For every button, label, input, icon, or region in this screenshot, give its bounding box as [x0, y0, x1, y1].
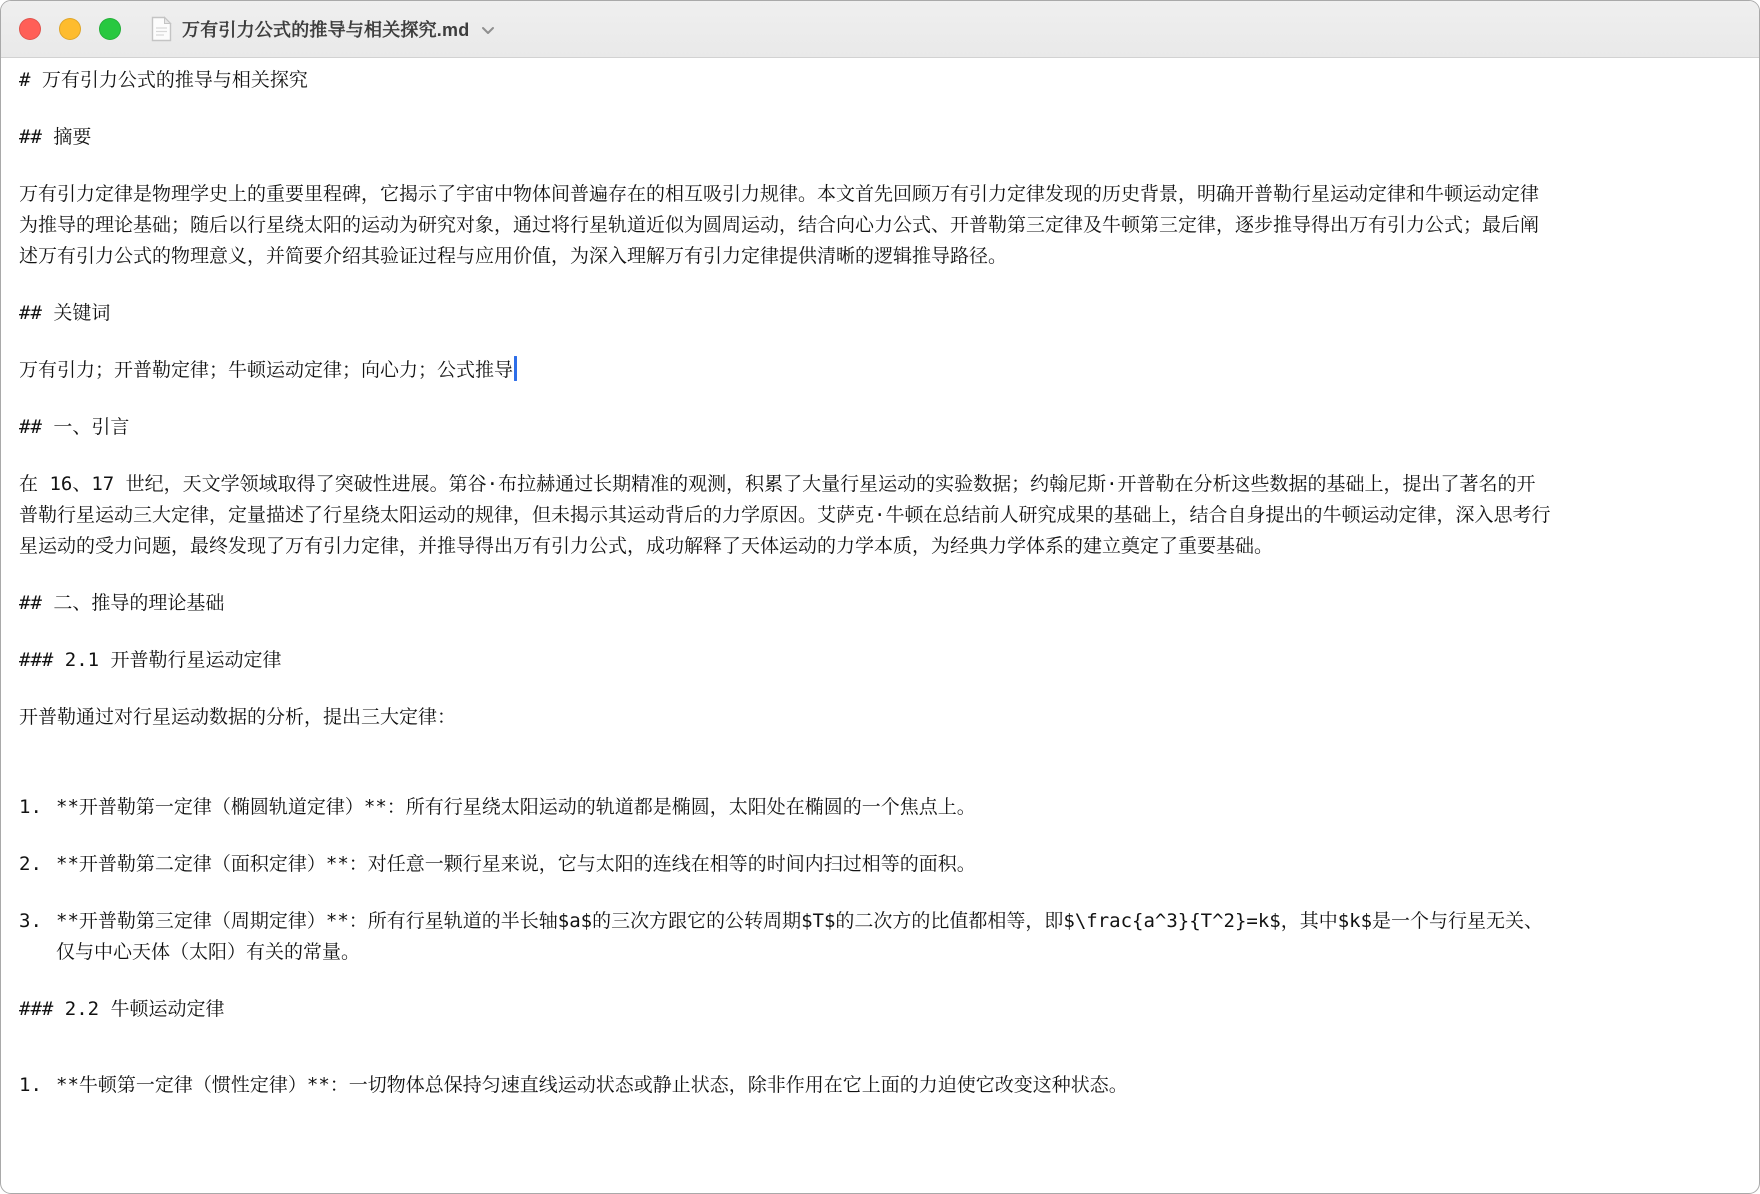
list-item: 1. **牛顿第一定律（惯性定律）**：一切物体总保持匀速直线运动状态或静止状态…: [19, 1070, 1554, 1101]
title-bar: 万有引力公式的推导与相关探究.md: [1, 1, 1759, 58]
list-item-text: **开普勒第二定律（面积定律）**：对任意一颗行星来说，它与太阳的连线在相等的时…: [56, 849, 1554, 880]
keywords-text: 万有引力；开普勒定律；牛顿运动定律；向心力；公式推导: [19, 359, 513, 381]
heading-keywords: ## 关键词: [19, 298, 1554, 329]
list-item-text: **牛顿第一定律（惯性定律）**：一切物体总保持匀速直线运动状态或静止状态，除非…: [56, 1070, 1554, 1101]
list-marker: 1.: [19, 1070, 56, 1101]
paragraph-keywords: 万有引力；开普勒定律；牛顿运动定律；向心力；公式推导: [19, 355, 1554, 386]
list-item: 3. **开普勒第三定律（周期定律）**：所有行星轨道的半长轴$a$的三次方跟它…: [19, 906, 1554, 968]
newton-law-list: 1. **牛顿第一定律（惯性定律）**：一切物体总保持匀速直线运动状态或静止状态…: [19, 1070, 1554, 1101]
title-group[interactable]: 万有引力公式的推导与相关探究.md: [151, 1, 495, 57]
list-item-text: **开普勒第三定律（周期定律）**：所有行星轨道的半长轴$a$的三次方跟它的公转…: [56, 906, 1554, 968]
chevron-down-icon[interactable]: [481, 26, 495, 35]
zoom-button[interactable]: [99, 18, 121, 40]
heading-kepler-laws: ### 2.1 开普勒行星运动定律: [19, 645, 1554, 676]
heading-introduction: ## 一、引言: [19, 412, 1554, 443]
list-item-text: **开普勒第一定律（椭圆轨道定律）**：所有行星绕太阳运动的轨道都是椭圆，太阳处…: [56, 792, 1554, 823]
close-button[interactable]: [19, 18, 41, 40]
kepler-law-list: 1. **开普勒第一定律（椭圆轨道定律）**：所有行星绕太阳运动的轨道都是椭圆，…: [19, 792, 1554, 968]
list-item: 1. **开普勒第一定律（椭圆轨道定律）**：所有行星绕太阳运动的轨道都是椭圆，…: [19, 792, 1554, 823]
paragraph-abstract: 万有引力定律是物理学史上的重要里程碑，它揭示了宇宙中物体间普遍存在的相互吸引力规…: [19, 179, 1554, 272]
document-page-icon: [151, 16, 172, 42]
editor-content[interactable]: # 万有引力公式的推导与相关探究 ## 摘要 万有引力定律是物理学史上的重要里程…: [1, 58, 1759, 1147]
heading-newton-laws: ### 2.2 牛顿运动定律: [19, 994, 1554, 1025]
window-title[interactable]: 万有引力公式的推导与相关探究.md: [182, 16, 469, 42]
heading-abstract: ## 摘要: [19, 122, 1554, 153]
editor-window: 万有引力公式的推导与相关探究.md # 万有引力公式的推导与相关探究 ## 摘要…: [0, 0, 1760, 1194]
heading-document-title: # 万有引力公式的推导与相关探究: [19, 65, 1554, 96]
minimize-button[interactable]: [59, 18, 81, 40]
paragraph-kepler-lead: 开普勒通过对行星运动数据的分析，提出三大定律：: [19, 702, 1554, 733]
traffic-lights: [19, 1, 121, 57]
list-marker: 2.: [19, 849, 56, 880]
text-cursor: [514, 356, 517, 381]
list-marker: 1.: [19, 792, 56, 823]
list-marker: 3.: [19, 906, 56, 968]
heading-theory-basis: ## 二、推导的理论基础: [19, 588, 1554, 619]
paragraph-introduction: 在 16、17 世纪，天文学领域取得了突破性进展。第谷·布拉赫通过长期精准的观测…: [19, 469, 1554, 562]
list-item: 2. **开普勒第二定律（面积定律）**：对任意一颗行星来说，它与太阳的连线在相…: [19, 849, 1554, 880]
